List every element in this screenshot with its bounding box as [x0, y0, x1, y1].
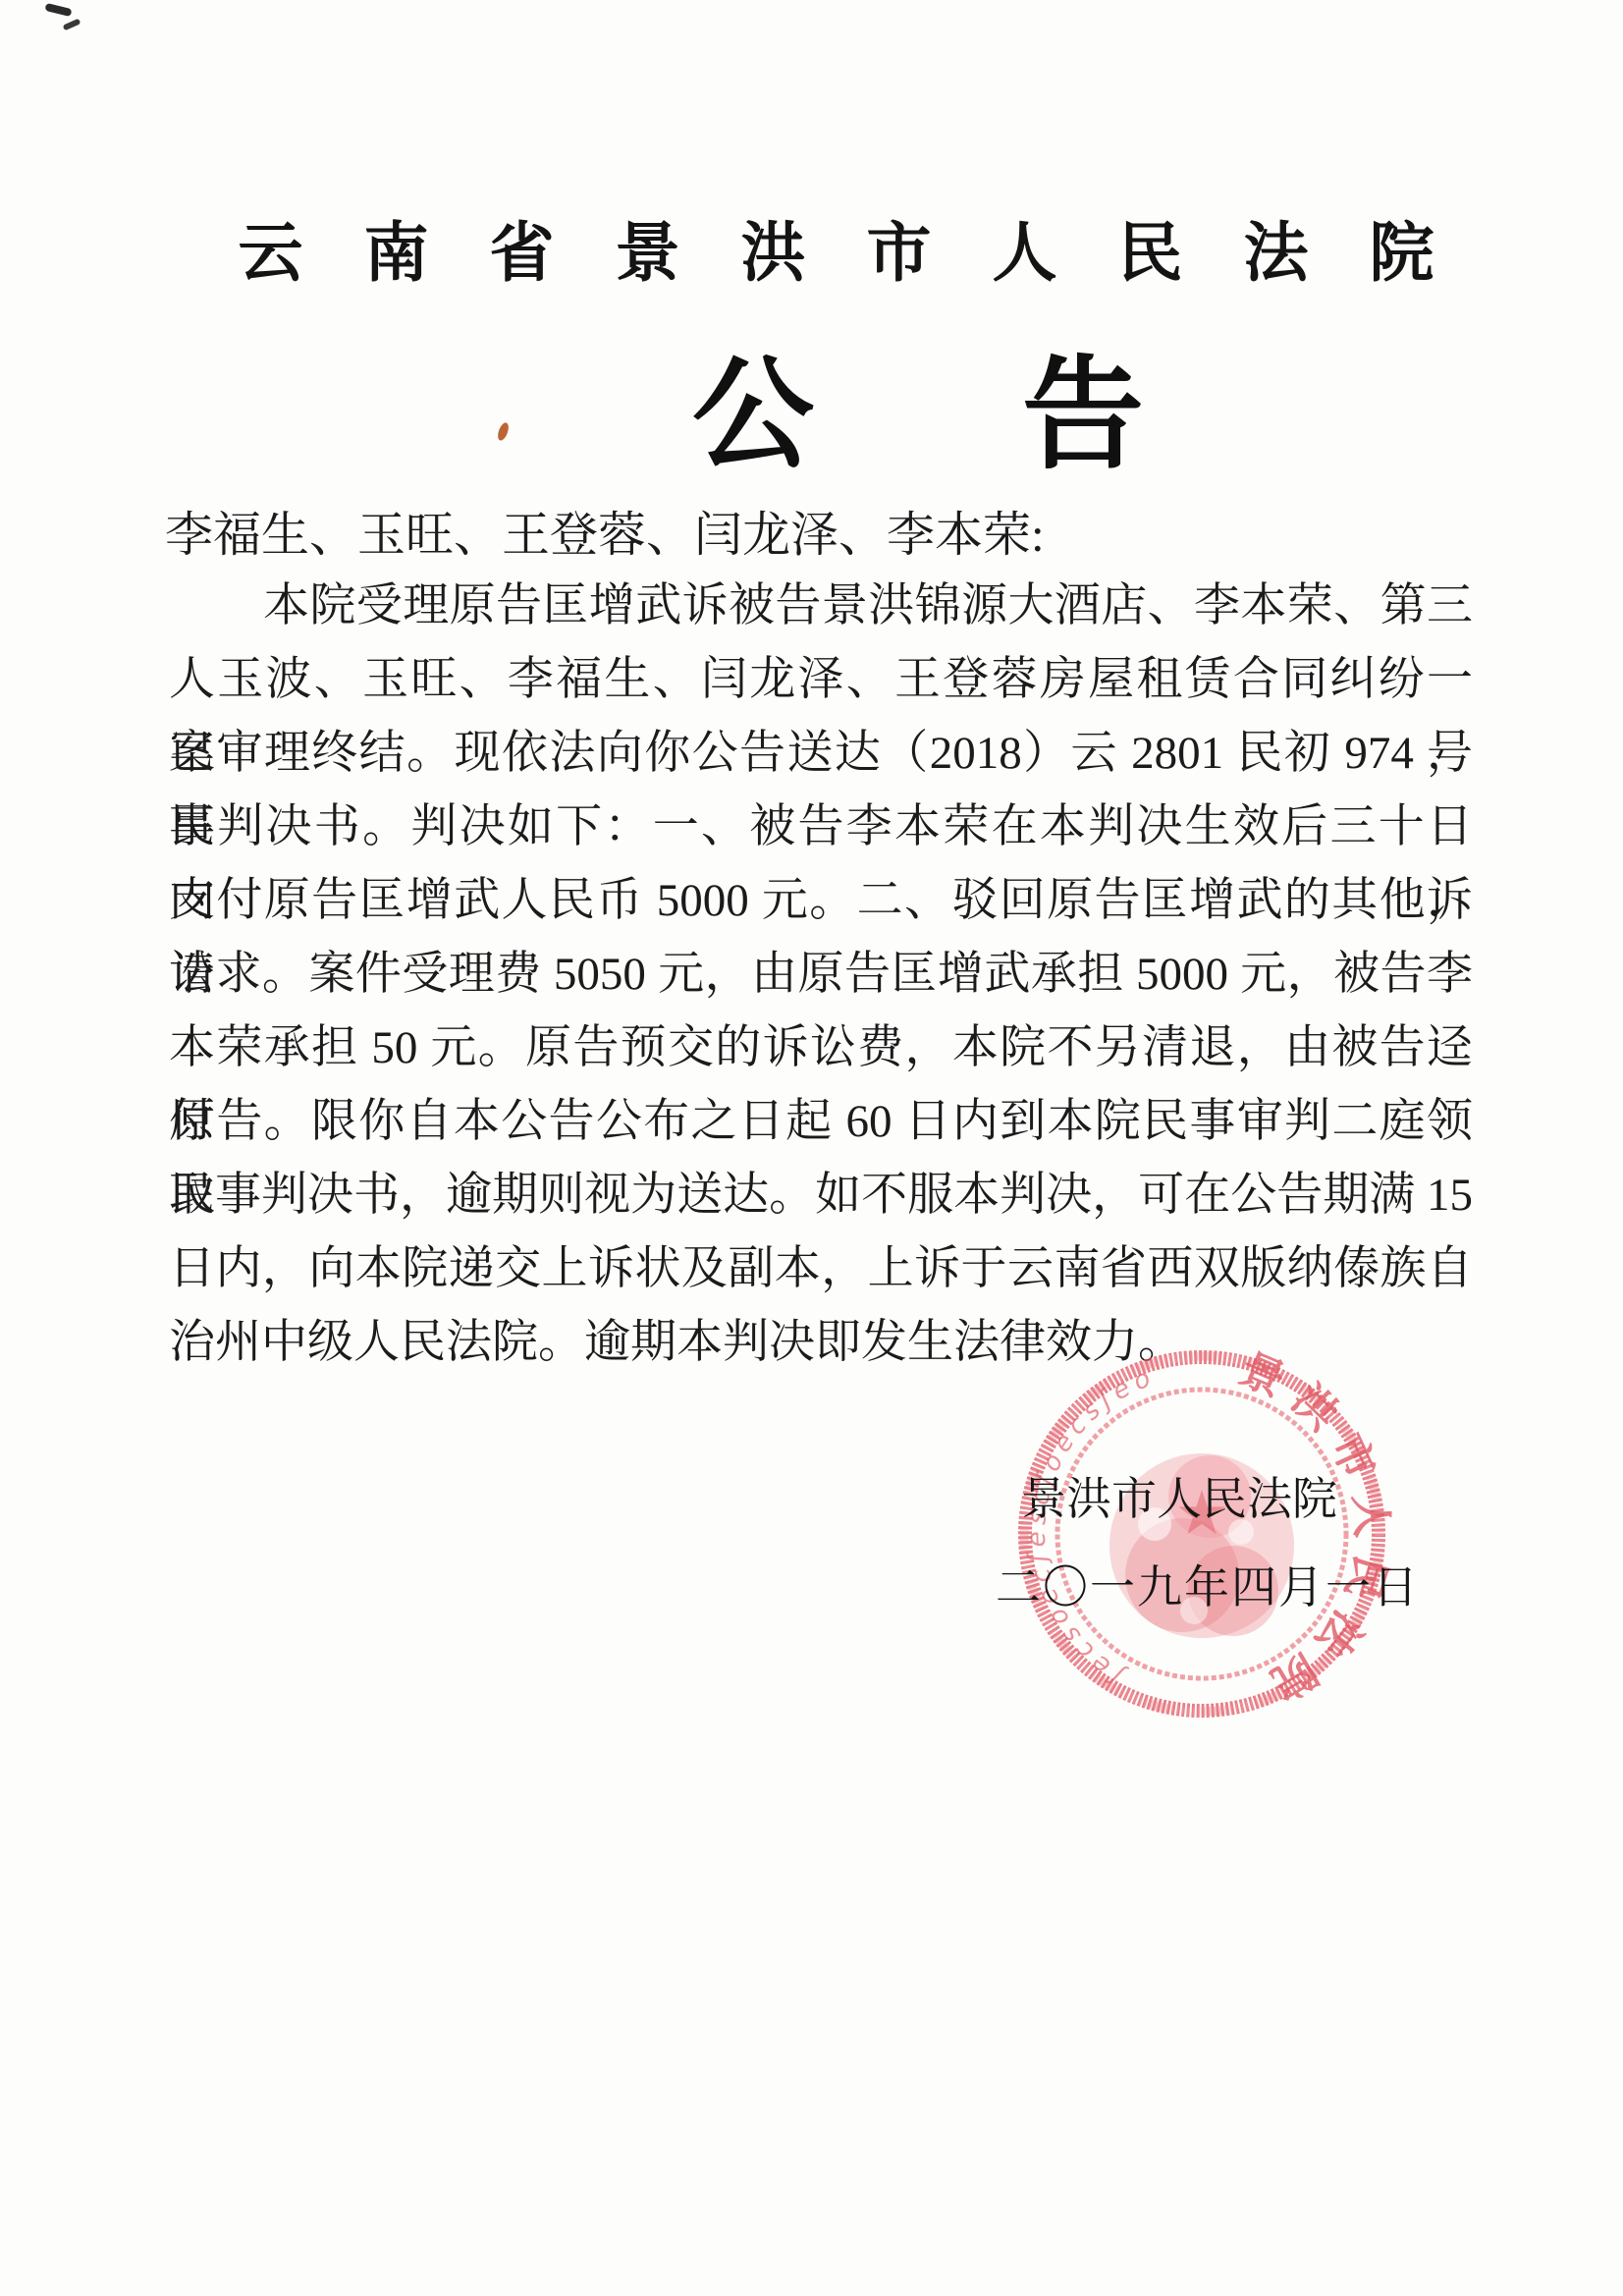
court-title: 云南省景洪市人民法院 — [25, 200, 1623, 294]
notice-heading: 公告 — [692, 350, 1352, 483]
body-line: 请求。案件受理费 5050 元，由原告匡增武承担 5000 元，被告李 — [169, 938, 1473, 1011]
salutation-line: 李福生、玉旺、王登蓉、闫龙泽、李本荣: — [165, 497, 1045, 566]
body-line: 人玉波、玉旺、李福生、闫龙泽、王登蓉房屋租赁合同纠纷一案， — [169, 643, 1473, 717]
court-signature: 景洪市人民法院 — [1021, 1463, 1337, 1528]
announcement-body: 本院受理原告匡增武诉被告景洪锦源大酒店、李本荣、第三 人玉波、玉旺、李福生、闫龙… — [169, 570, 1473, 1380]
court-announcement-scan: 云南省景洪市人民法院 公告 李福生、玉旺、王登蓉、闫龙泽、李本荣: 本院受理原告… — [0, 0, 1623, 2296]
body-line: 民事判决书，逾期则视为送达。如不服本判决，可在公告期满 15 — [169, 1159, 1473, 1232]
body-line: 原告。限你自本公告公布之日起 60 日内到本院民事审判二庭领取 — [169, 1085, 1473, 1159]
document-date: 二〇一九年四月一日 — [996, 1552, 1420, 1616]
ink-speck — [496, 421, 511, 442]
body-line: 本院受理原告匡增武诉被告景洪锦源大酒店、李本荣、第三 — [169, 570, 1473, 643]
body-line: 支付原告匡增武人民币 5000 元。二、驳回原告匡增武的其他诉讼 — [169, 864, 1473, 938]
ink-speck — [44, 3, 72, 17]
body-line: 已审理终结。现依法向你公告送达（2018）云 2801 民初 974 号民 — [169, 717, 1473, 791]
ink-speck — [63, 19, 81, 31]
body-line: 本荣承担 50 元。原告预交的诉讼费，本院不另清退，由被告迳付 — [169, 1011, 1473, 1085]
body-line: 事判决书。判决如下：一、被告李本荣在本判决生效后三十日内， — [169, 791, 1473, 864]
body-line: 日内，向本院递交上诉状及副本，上诉于云南省西双版纳傣族自 — [169, 1232, 1473, 1306]
court-seal-stamp: ★ 景洪市人民法院 ʃecsoecʃescʃoecsʃeo — [1009, 1341, 1394, 1726]
